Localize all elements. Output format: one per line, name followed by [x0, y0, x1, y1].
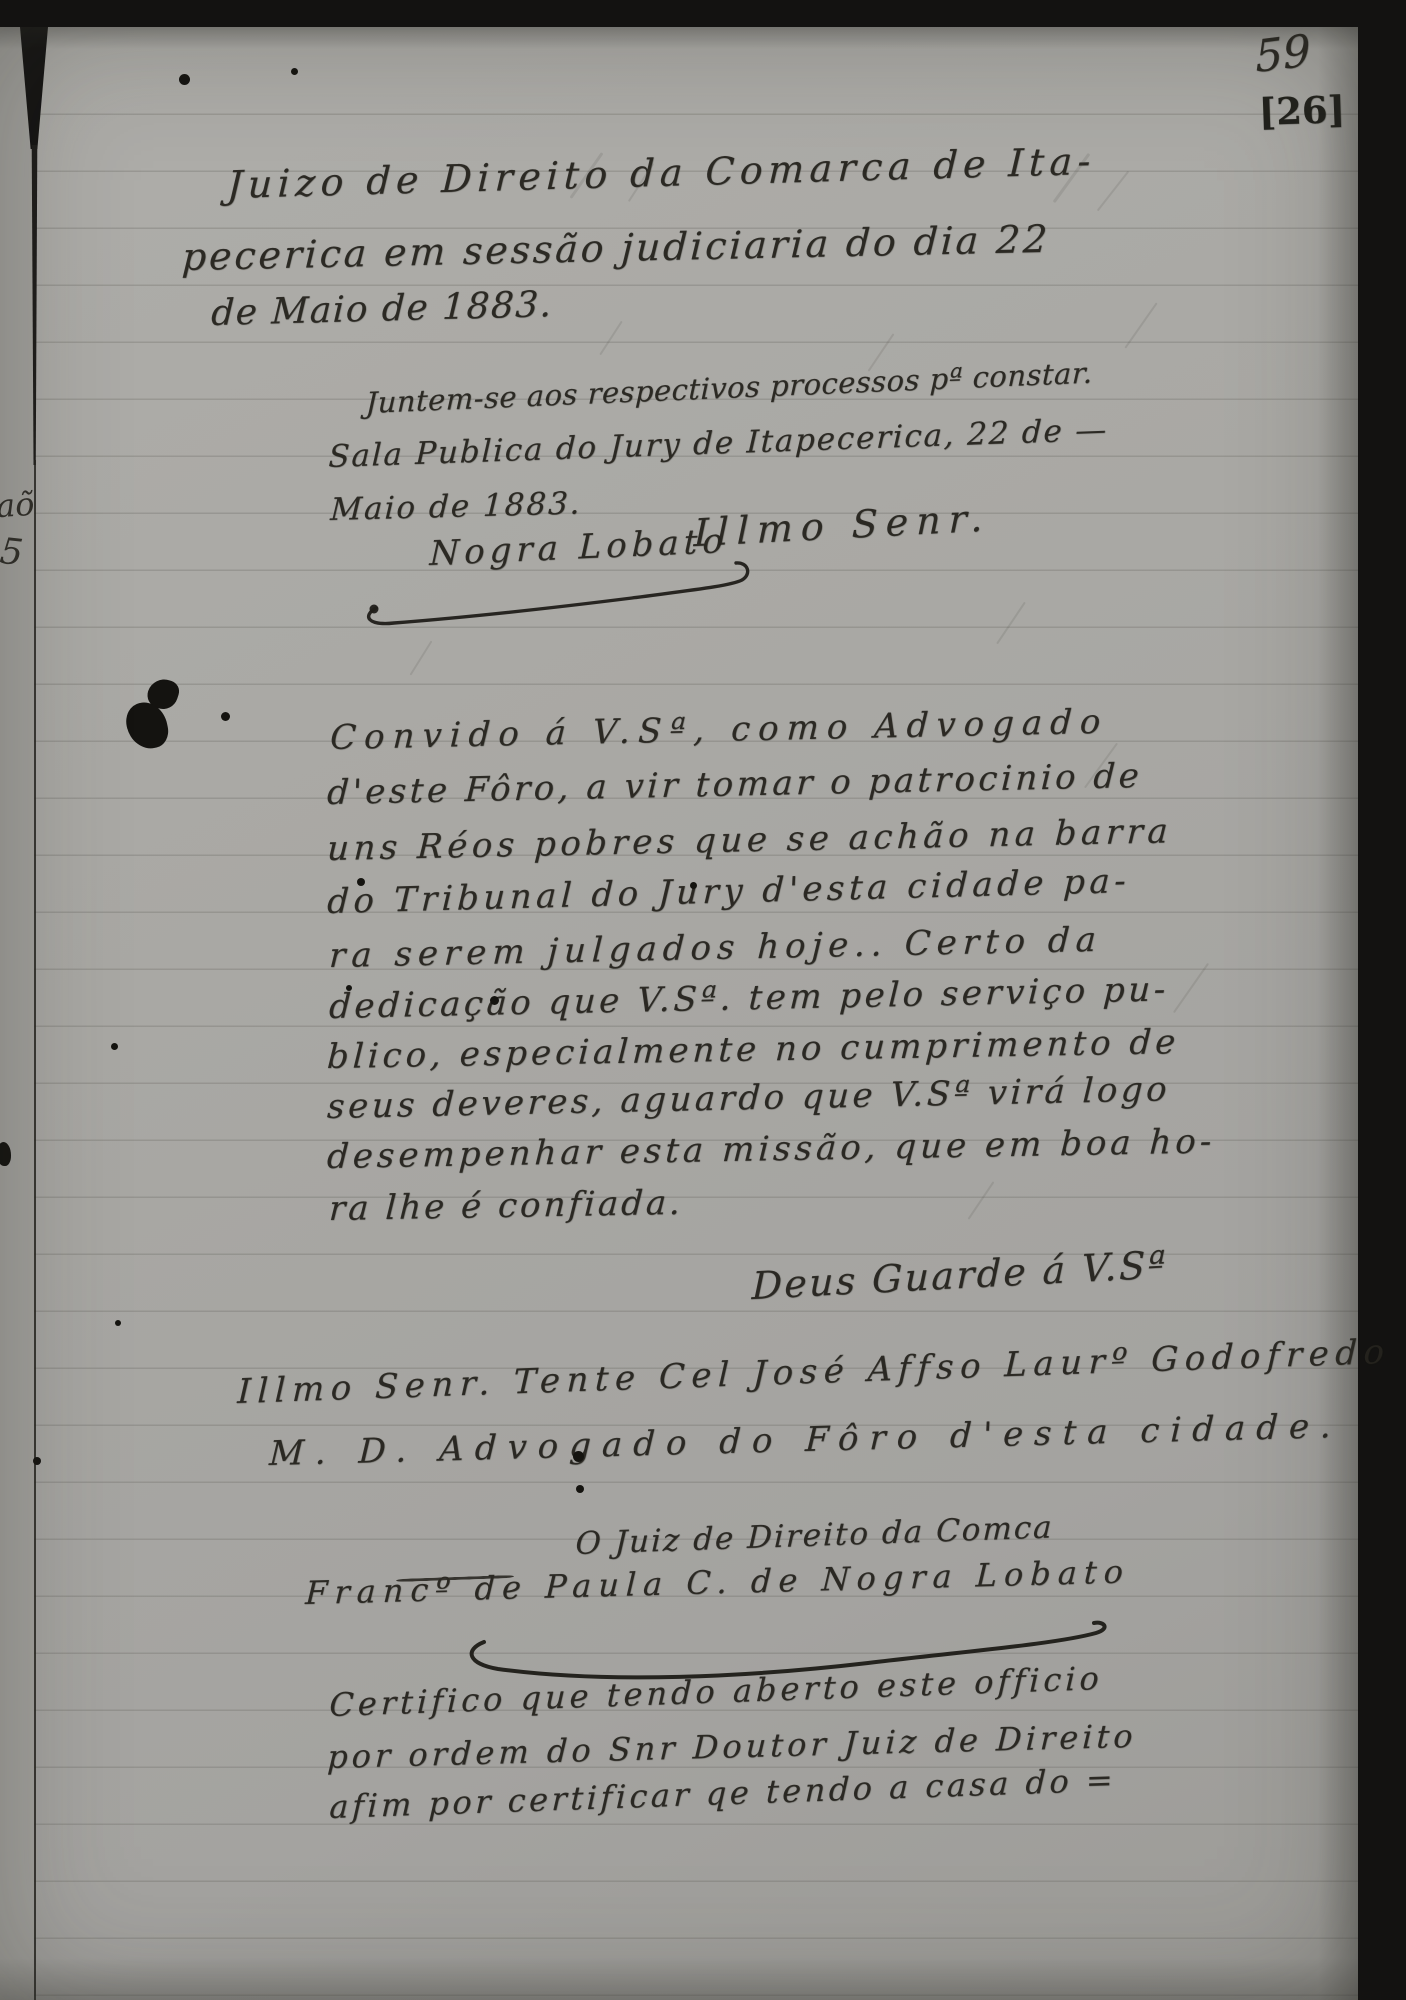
document-scan: 59 [26] aõ 5 Juizo de Direito da Comarca… — [0, 0, 1406, 2000]
ink-blot — [690, 882, 697, 889]
ink-blot — [33, 1457, 41, 1465]
ink-blot — [179, 74, 190, 85]
photo-right-edge — [1358, 0, 1406, 2000]
photo-top-edge — [0, 0, 1406, 27]
ink-blot — [357, 878, 365, 886]
ink-blot — [291, 68, 298, 75]
ink-blot — [111, 1043, 118, 1050]
folio-number: 59 — [1254, 29, 1312, 80]
ink-blot — [115, 1320, 121, 1326]
ink-blot — [573, 1451, 584, 1462]
archival-number: [26] — [1258, 91, 1346, 131]
margin-fragment: 5 — [0, 531, 25, 574]
signature-flourish — [352, 556, 812, 640]
ink-blot — [221, 712, 230, 721]
binding-edge-line — [34, 460, 36, 2000]
body-line-10: ra lhe é confiada. — [328, 1186, 684, 1226]
right-edge-shadow — [1318, 27, 1358, 2000]
judge-signature-flourish — [448, 1618, 1128, 1688]
previous-page-edge — [0, 27, 34, 2000]
bottom-edge-shadow — [0, 1958, 1358, 2000]
margin-fragment: aõ — [0, 485, 36, 526]
heading-line-3: de Maio de 1883. — [210, 287, 553, 332]
despacho-line-3: Maio de 1883. — [330, 488, 583, 526]
ink-blot — [576, 1485, 584, 1493]
top-edge-shadow — [0, 27, 1358, 49]
ink-blot — [490, 996, 499, 1005]
ink-blot — [346, 985, 352, 991]
